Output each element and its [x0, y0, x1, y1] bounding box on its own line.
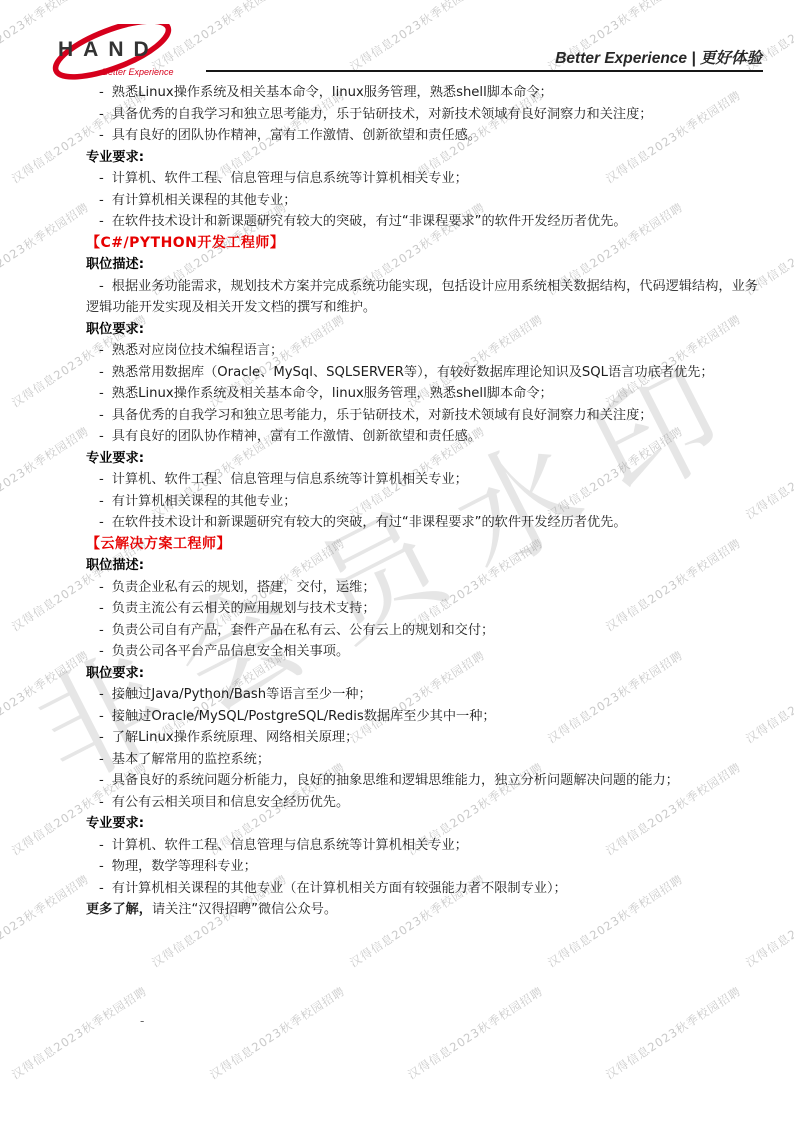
bullet-item: -接触过Oracle/MySQL/PostgreSQL/Redis数据库至少其中… — [86, 706, 764, 728]
bullet-item: -有计算机相关课程的其他专业； — [86, 190, 764, 212]
section-heading: 职位要求: — [86, 663, 764, 685]
bullet-text: 物理，数学等理科专业； — [112, 859, 257, 874]
bullet-text: 具有良好的团队协作精神，富有工作激情、创新欲望和责任感。 — [112, 429, 481, 444]
bullet-dash: - — [99, 85, 104, 100]
bullet-text: 计算机、软件工程、信息管理与信息系统等计算机相关专业； — [112, 838, 468, 853]
bullet-text: 了解Linux操作系统原理、网络相关原理； — [112, 730, 359, 745]
bullet-text: 有公有云相关项目和信息安全经历优先。 — [112, 795, 349, 810]
bullet-item: -熟悉常用数据库（Oracle、MySql、SQLSERVER等），有较好数据库… — [86, 362, 764, 384]
bullet-dash: - — [99, 343, 104, 358]
job-title: 【云解决方案工程师】 — [86, 534, 764, 556]
bullet-dash: - — [99, 838, 104, 853]
bullet-item: -熟悉Linux操作系统及相关基本命令，linux服务管理，熟悉shell脚本命… — [86, 82, 764, 104]
bullet-text: 具备优秀的自我学习和独立思考能力，乐于钻研技术，对新技术领域有良好洞察力和关注度… — [112, 408, 653, 423]
bullet-item: -具备优秀的自我学习和独立思考能力，乐于钻研技术，对新技术领域有良好洞察力和关注… — [86, 405, 764, 427]
bullet-item: -负责公司各平台产品信息安全相关事项。 — [86, 641, 764, 663]
bullet-text: 具有良好的团队协作精神，富有工作激情、创新欲望和责任感。 — [112, 128, 481, 143]
bullet-dash: - — [99, 408, 104, 423]
section-heading: 职位要求: — [86, 319, 764, 341]
bullet-text: 熟悉Linux操作系统及相关基本命令，linux服务管理，熟悉shell脚本命令… — [112, 85, 553, 100]
bullet-item: -熟悉对应岗位技术编程语言； — [86, 340, 764, 362]
bullet-text: 熟悉常用数据库（Oracle、MySql、SQLSERVER等），有较好数据库理… — [112, 365, 714, 380]
bullet-dash: - — [99, 773, 104, 788]
footer-note-text: 请关注“汉得招聘”微信公众号。 — [152, 902, 337, 917]
bullet-text: 接触过Java/Python/Bash等语言至少一种； — [112, 687, 372, 702]
bullet-item: -接触过Java/Python/Bash等语言至少一种； — [86, 684, 764, 706]
document-body: -熟悉Linux操作系统及相关基本命令，linux服务管理，熟悉shell脚本命… — [86, 82, 764, 921]
section-heading: 职位描述: — [86, 254, 764, 276]
bullet-dash: - — [99, 279, 104, 294]
bullet-dash: - — [99, 623, 104, 638]
bullet-dash: - — [99, 601, 104, 616]
job-title: 【C#/PYTHON开发工程师】 — [86, 233, 764, 255]
bullet-item: -负责主流公有云相关的应用规划与技术支持； — [86, 598, 764, 620]
bullet-item: -具备良好的系统问题分析能力，良好的抽象思维和逻辑思维能力，独立分析问题解决问题… — [86, 770, 764, 792]
bullet-dash: - — [99, 193, 104, 208]
watermark-tile: 汉得信息2023秋季校园招聘 — [603, 983, 744, 1083]
bullet-dash: - — [99, 171, 104, 186]
bullet-text: 计算机、软件工程、信息管理与信息系统等计算机相关专业； — [112, 472, 468, 487]
bullet-item: -具有良好的团队协作精神，富有工作激情、创新欲望和责任感。 — [86, 125, 764, 147]
bullet-item: -有计算机相关课程的其他专业； — [86, 491, 764, 513]
bullet-text: 负责企业私有云的规划，搭建，交付，运维； — [112, 580, 376, 595]
bullet-item: -具有良好的团队协作精神，富有工作激情、创新欲望和责任感。 — [86, 426, 764, 448]
bullet-text: 负责公司各平台产品信息安全相关事项。 — [112, 644, 349, 659]
bullet-item: -具备优秀的自我学习和独立思考能力，乐于钻研技术，对新技术领域有良好洞察力和关注… — [86, 104, 764, 126]
bullet-item: -负责企业私有云的规划，搭建，交付，运维； — [86, 577, 764, 599]
bullet-item: -有计算机相关课程的其他专业（在计算机相关方面有较强能力者不限制专业）； — [86, 878, 764, 900]
bullet-dash: - — [99, 687, 104, 702]
watermark-tile: 汉得信息2023秋季校园招聘 — [0, 423, 92, 523]
bullet-item: -根据业务功能需求，规划技术方案并完成系统功能实现，包括设计应用系统相关数据结构… — [86, 276, 764, 319]
bullet-text: 有计算机相关课程的其他专业（在计算机相关方面有较强能力者不限制专业）； — [112, 881, 567, 896]
stray-mark: - — [140, 1014, 144, 1028]
bullet-item: -物理，数学等理科专业； — [86, 856, 764, 878]
watermark-tile: 汉得信息2023秋季校园招聘 — [0, 647, 92, 747]
watermark-tile: 汉得信息2023秋季校园招聘 — [405, 983, 546, 1083]
bullet-text: 熟悉对应岗位技术编程语言； — [112, 343, 283, 358]
watermark-tile: 汉得信息2023秋季校园招聘 — [9, 983, 150, 1083]
bullet-dash: - — [99, 515, 104, 530]
bullet-item: -计算机、软件工程、信息管理与信息系统等计算机相关专业； — [86, 835, 764, 857]
bullet-dash: - — [99, 644, 104, 659]
watermark-tile: 汉得信息2023秋季校园招聘 — [0, 871, 92, 971]
bullet-text: 有计算机相关课程的其他专业； — [112, 193, 297, 208]
bullet-dash: - — [99, 128, 104, 143]
bullet-dash: - — [99, 472, 104, 487]
bullet-dash: - — [99, 730, 104, 745]
footer-note-bold: 更多了解， — [86, 902, 152, 917]
bullet-text: 计算机、软件工程、信息管理与信息系统等计算机相关专业； — [112, 171, 468, 186]
bullet-dash: - — [99, 859, 104, 874]
bullet-item: -计算机、软件工程、信息管理与信息系统等计算机相关专业； — [86, 168, 764, 190]
bullet-dash: - — [99, 881, 104, 896]
section-heading: 专业要求: — [86, 147, 764, 169]
document-page: 非会员水印 汉得信息2023秋季校园招聘汉得信息2023秋季校园招聘汉得信息20… — [0, 0, 794, 1123]
bullet-item: -在软件技术设计和新课题研究有较大的突破，有过“非课程要求”的软件开发经历者优先… — [86, 211, 764, 233]
bullet-dash: - — [99, 709, 104, 724]
bullet-dash: - — [99, 107, 104, 122]
bullet-text: 有计算机相关课程的其他专业； — [112, 494, 297, 509]
hand-logo: HAND Better Experience — [38, 24, 206, 82]
logo-tagline: Better Experience — [102, 67, 174, 77]
bullet-item: -熟悉Linux操作系统及相关基本命令，linux服务管理，熟悉shell脚本命… — [86, 383, 764, 405]
bullet-text: 负责公司自有产品，套件产品在私有云、公有云上的规划和交付； — [112, 623, 494, 638]
bullet-item: -在软件技术设计和新课题研究有较大的突破，有过“非课程要求”的软件开发经历者优先… — [86, 512, 764, 534]
bullet-item: -了解Linux操作系统原理、网络相关原理； — [86, 727, 764, 749]
bullet-text: 在软件技术设计和新课题研究有较大的突破，有过“非课程要求”的软件开发经历者优先。 — [112, 515, 627, 530]
bullet-text: 具备优秀的自我学习和独立思考能力，乐于钻研技术，对新技术领域有良好洞察力和关注度… — [112, 107, 653, 122]
header-rule — [206, 70, 763, 72]
bullet-text: 基本了解常用的监控系统； — [112, 752, 270, 767]
watermark-tile: 汉得信息2023秋季校园招聘 — [0, 199, 92, 299]
bullet-dash: - — [99, 365, 104, 380]
bullet-text: 熟悉Linux操作系统及相关基本命令，linux服务管理，熟悉shell脚本命令… — [112, 386, 553, 401]
bullet-item: -负责公司自有产品，套件产品在私有云、公有云上的规划和交付； — [86, 620, 764, 642]
header-slogan: Better Experience | 更好体验 — [555, 46, 762, 68]
bullet-item: -计算机、软件工程、信息管理与信息系统等计算机相关专业； — [86, 469, 764, 491]
bullet-dash: - — [99, 386, 104, 401]
bullet-dash: - — [99, 214, 104, 229]
section-heading: 专业要求: — [86, 448, 764, 470]
bullet-text: 在软件技术设计和新课题研究有较大的突破，有过“非课程要求”的软件开发经历者优先。 — [112, 214, 627, 229]
watermark-tile: 汉得信息2023秋季校园招聘 — [207, 983, 348, 1083]
bullet-item: -有公有云相关项目和信息安全经历优先。 — [86, 792, 764, 814]
section-heading: 职位描述: — [86, 555, 764, 577]
bullet-dash: - — [99, 752, 104, 767]
bullet-text: 接触过Oracle/MySQL/PostgreSQL/Redis数据库至少其中一… — [112, 709, 496, 724]
bullet-text: 根据业务功能需求，规划技术方案并完成系统功能实现，包括设计应用系统相关数据结构，… — [86, 279, 758, 316]
bullet-text: 具备良好的系统问题分析能力，良好的抽象思维和逻辑思维能力，独立分析问题解决问题的… — [112, 773, 679, 788]
bullet-text: 负责主流公有云相关的应用规划与技术支持； — [112, 601, 376, 616]
bullet-item: -基本了解常用的监控系统； — [86, 749, 764, 771]
bullet-dash: - — [99, 494, 104, 509]
section-heading: 专业要求: — [86, 813, 764, 835]
bullet-dash: - — [99, 580, 104, 595]
page-header: HAND Better Experience Better Experience… — [0, 0, 794, 80]
footer-note: 更多了解，请关注“汉得招聘”微信公众号。 — [86, 899, 764, 921]
logo-text: HAND — [58, 38, 159, 61]
bullet-dash: - — [99, 429, 104, 444]
bullet-dash: - — [99, 795, 104, 810]
